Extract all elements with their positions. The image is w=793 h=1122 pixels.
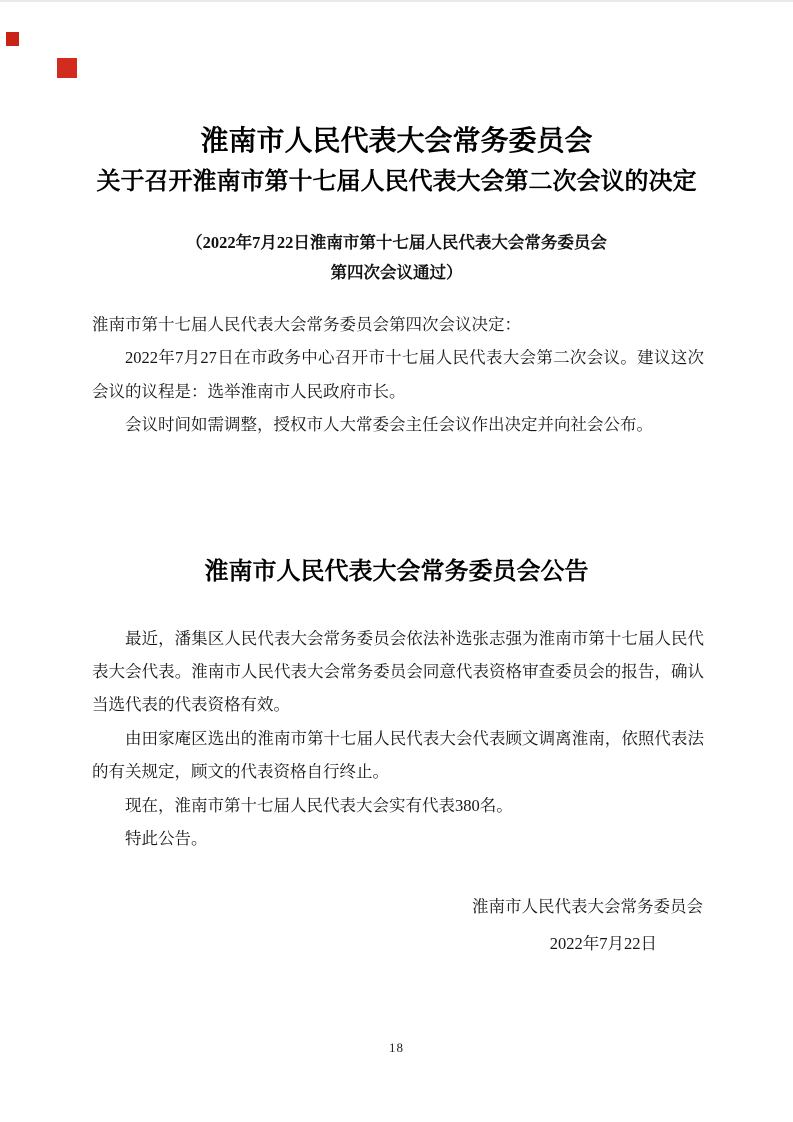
- signature-block: 淮南市人民代表大会常务委员会 2022年7月22日: [0, 888, 793, 962]
- decision-org-title: 淮南市人民代表大会常务委员会: [0, 122, 793, 162]
- decision-body: 淮南市第十七届人民代表大会常务委员会第四次会议决定： 2022年7月27日在市政…: [92, 308, 704, 442]
- decision-paragraph: 淮南市第十七届人民代表大会常务委员会第四次会议决定：: [92, 308, 704, 341]
- signature-org: 淮南市人民代表大会常务委员会: [0, 888, 793, 925]
- decision-meta: （2022年7月22日淮南市第十七届人民代表大会常务委员会 第四次会议通过）: [0, 228, 793, 288]
- signature-date: 2022年7月22日: [0, 925, 793, 962]
- announcement-paragraph: 最近，潘集区人民代表大会常务委员会依法补选张志强为淮南市第十七届人民代表大会代表…: [92, 622, 704, 722]
- decision-subject-title: 关于召开淮南市第十七届人民代表大会第二次会议的决定: [0, 162, 793, 202]
- announcement-title: 淮南市人民代表大会常务委员会公告: [0, 554, 793, 590]
- red-annotation-mark-large-icon: [57, 58, 77, 78]
- announcement-paragraph: 由田家庵区选出的淮南市第十七届人民代表大会代表顾文调离淮南，依照代表法的有关规定…: [92, 722, 704, 789]
- red-annotation-mark-small-icon: [6, 32, 19, 46]
- decision-paragraph: 会议时间如需调整，授权市人大常委会主任会议作出决定并向社会公布。: [92, 408, 704, 441]
- document-page: 淮南市人民代表大会常务委员会 关于召开淮南市第十七届人民代表大会第二次会议的决定…: [0, 0, 793, 1122]
- decision-paragraph: 2022年7月27日在市政务中心召开市十七届人民代表大会第二次会议。建议这次会议…: [92, 341, 704, 408]
- decision-meta-line2: 第四次会议通过）: [0, 258, 793, 288]
- decision-meta-line1: （2022年7月22日淮南市第十七届人民代表大会常务委员会: [0, 228, 793, 258]
- announcement-body: 最近，潘集区人民代表大会常务委员会依法补选张志强为淮南市第十七届人民代表大会代表…: [92, 622, 704, 856]
- announcement-paragraph: 特此公告。: [92, 822, 704, 855]
- announcement-paragraph: 现在，淮南市第十七届人民代表大会实有代表380名。: [92, 789, 704, 822]
- page-number: 18: [0, 1040, 793, 1056]
